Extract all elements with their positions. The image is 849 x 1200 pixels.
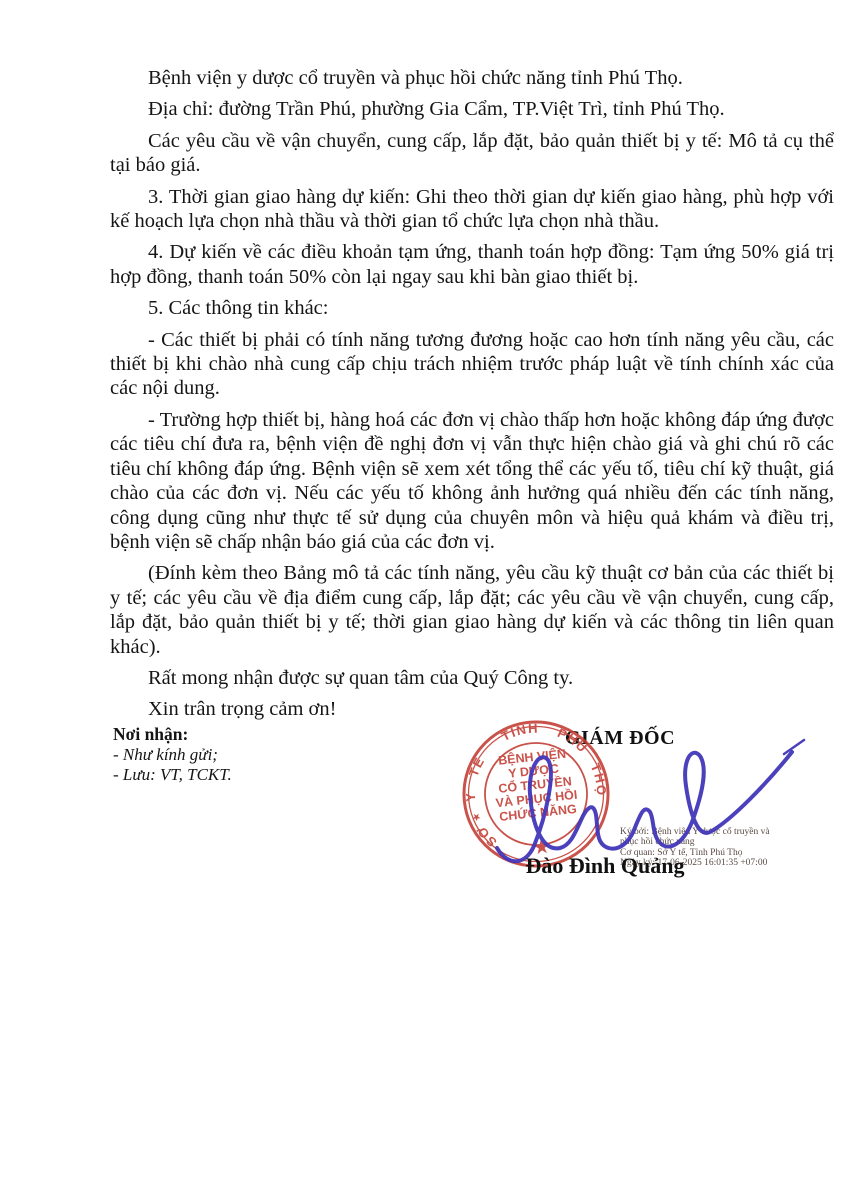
body-paragraph: Địa chỉ: đường Trần Phú, phường Gia Cẩm,… [110, 97, 834, 121]
body-paragraph: (Đính kèm theo Bảng mô tả các tính năng,… [110, 561, 834, 659]
body-paragraph: - Các thiết bị phải có tính năng tương đ… [110, 328, 834, 401]
body-paragraph: - Trường hợp thiết bị, hàng hoá các đơn … [110, 408, 834, 554]
recipient-line: - Như kính gửi; [113, 745, 373, 766]
body-paragraph: Bệnh viện y dược cổ truyền và phục hồi c… [110, 66, 834, 90]
document-page: Bệnh viện y dược cổ truyền và phục hồi c… [0, 0, 849, 1200]
body-paragraph: Các yêu cầu về vận chuyển, cung cấp, lắp… [110, 129, 834, 178]
stamp-ring-word: Y [462, 790, 479, 803]
signature-stroke [497, 752, 792, 861]
recipient-line: - Lưu: VT, TCKT. [113, 765, 373, 786]
signer-name: Đào Đình Quảng [500, 853, 710, 879]
body-paragraph: 3. Thời gian giao hàng dự kiến: Ghi theo… [110, 185, 834, 234]
body-paragraph: 5. Các thông tin khác: [110, 296, 834, 320]
recipients-header: Nơi nhận: [113, 724, 373, 745]
svg-text:Y: Y [462, 790, 479, 803]
body-paragraph: Rất mong nhận được sự quan tâm của Quý C… [110, 666, 834, 690]
letter-body: Bệnh viện y dược cổ truyền và phục hồi c… [110, 66, 834, 722]
body-paragraph: 4. Dự kiến về các điều khoản tạm ứng, th… [110, 240, 834, 289]
recipients-block: Nơi nhận: - Như kính gửi; - Lưu: VT, TCK… [113, 724, 373, 786]
signature-flick [784, 740, 804, 754]
